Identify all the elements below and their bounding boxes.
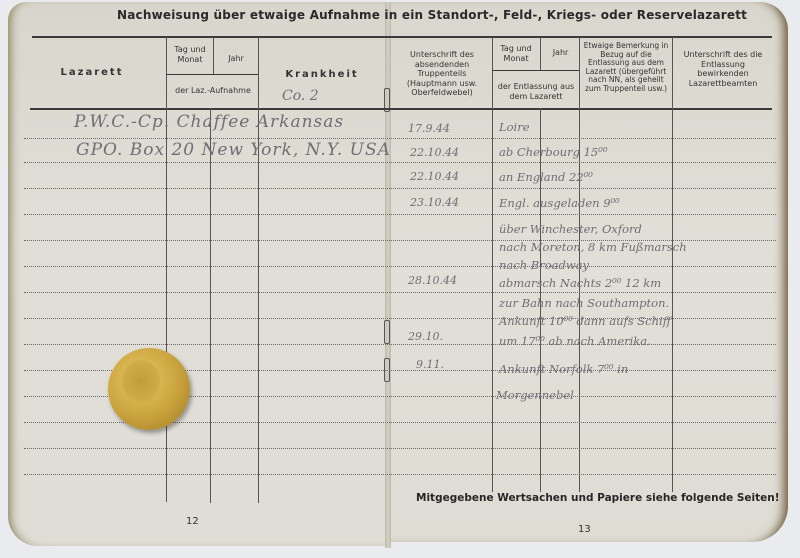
krankheit-entry: Co. 2 bbox=[282, 88, 319, 104]
ruled-line bbox=[24, 448, 776, 449]
column-divider bbox=[166, 37, 167, 502]
column-divider bbox=[492, 37, 493, 492]
staple bbox=[384, 320, 390, 344]
column-divider bbox=[258, 37, 259, 503]
note-line: an England 22⁰⁰ bbox=[499, 170, 593, 184]
subheader-rule bbox=[166, 74, 259, 75]
footer-note: Mitgegebene Wertsachen und Papiere siehe… bbox=[416, 492, 780, 504]
header-lazarett: Lazarett bbox=[42, 68, 142, 78]
date-entry: 29.10. bbox=[408, 330, 443, 343]
ruled-line bbox=[24, 292, 776, 293]
ruled-line bbox=[24, 188, 776, 189]
note-line: nach Moreton, 8 km Fußmarsch bbox=[499, 240, 687, 254]
ruled-line bbox=[24, 138, 776, 139]
date-entry: 17.9.44 bbox=[408, 122, 450, 135]
handwritten-entry: P.W.C.-Cp. Chaffee Arkansas bbox=[74, 112, 344, 132]
date-entry: 9.11. bbox=[416, 358, 444, 371]
header-jahr-entlassung: Jahr bbox=[542, 48, 579, 58]
column-divider bbox=[540, 37, 541, 71]
date-entry: 22.10.44 bbox=[410, 146, 459, 159]
page-number-left: 12 bbox=[186, 516, 199, 527]
spine bbox=[385, 2, 391, 548]
date-entry: 23.10.44 bbox=[410, 196, 459, 209]
ruled-line bbox=[24, 344, 776, 345]
note-line: ab Cherbourg 15⁰⁰ bbox=[499, 145, 607, 159]
note-line: nach Broadway bbox=[499, 258, 589, 272]
handwritten-entry: GPO. Box 20 New York, N.Y. USA bbox=[76, 140, 391, 160]
euro-coin bbox=[108, 348, 190, 430]
ruled-line bbox=[24, 266, 776, 267]
ruled-line bbox=[24, 474, 776, 475]
header-jahr: Jahr bbox=[214, 54, 258, 64]
header-tag-monat: Tag und Monat bbox=[168, 45, 212, 64]
note-line: Morgennebel bbox=[496, 388, 574, 402]
header-tag-monat-entlassung: Tag und Monat bbox=[493, 44, 539, 63]
header-aufnahme: der Laz.-Aufnahme bbox=[168, 86, 258, 96]
note-line: über Winchester, Oxford bbox=[499, 222, 642, 236]
header-unterschrift-beamten: Unterschrift des die Entlassung bewirken… bbox=[676, 50, 770, 88]
soldbuch-spread: Nachweisung über etwaige Aufnahme in ein… bbox=[2, 0, 794, 556]
note-line: zur Bahn nach Southampton. bbox=[499, 296, 669, 310]
column-divider bbox=[210, 108, 211, 503]
subheader-rule bbox=[492, 70, 580, 71]
note-line: Engl. ausgeladen 9⁰⁰ bbox=[499, 196, 620, 210]
date-entry: 22.10.44 bbox=[410, 170, 459, 183]
note-line: abmarsch Nachts 2⁰⁰ 12 km bbox=[499, 276, 661, 290]
left-page bbox=[8, 2, 388, 546]
note-line: Ankunft 10⁰⁰ dann aufs Schiff bbox=[499, 314, 671, 328]
header-bottom-rule bbox=[30, 108, 772, 110]
header-top-rule bbox=[32, 36, 772, 38]
header-unterschrift-truppenteil: Unterschrift des absendenden Truppenteil… bbox=[394, 50, 490, 98]
header-krankheit: Krankheit bbox=[272, 70, 372, 80]
header-entlassung: der Entlassung aus dem Lazarett bbox=[494, 82, 578, 101]
page-title: Nachweisung über etwaige Aufnahme in ein… bbox=[117, 8, 747, 22]
column-divider bbox=[672, 37, 673, 492]
note-line: um 17⁰⁰ ab nach Amerika. bbox=[499, 334, 651, 348]
ruled-line bbox=[24, 214, 776, 215]
note-line: Loire bbox=[499, 120, 530, 134]
ruled-line bbox=[24, 162, 776, 163]
date-entry: 28.10.44 bbox=[408, 274, 457, 287]
page-number-right: 13 bbox=[578, 524, 591, 535]
note-line: Ankunft Norfolk 7⁰⁰ in bbox=[499, 362, 628, 376]
header-bemerkung: Etwaige Bemerkung in Bezug auf die Entla… bbox=[581, 42, 671, 93]
